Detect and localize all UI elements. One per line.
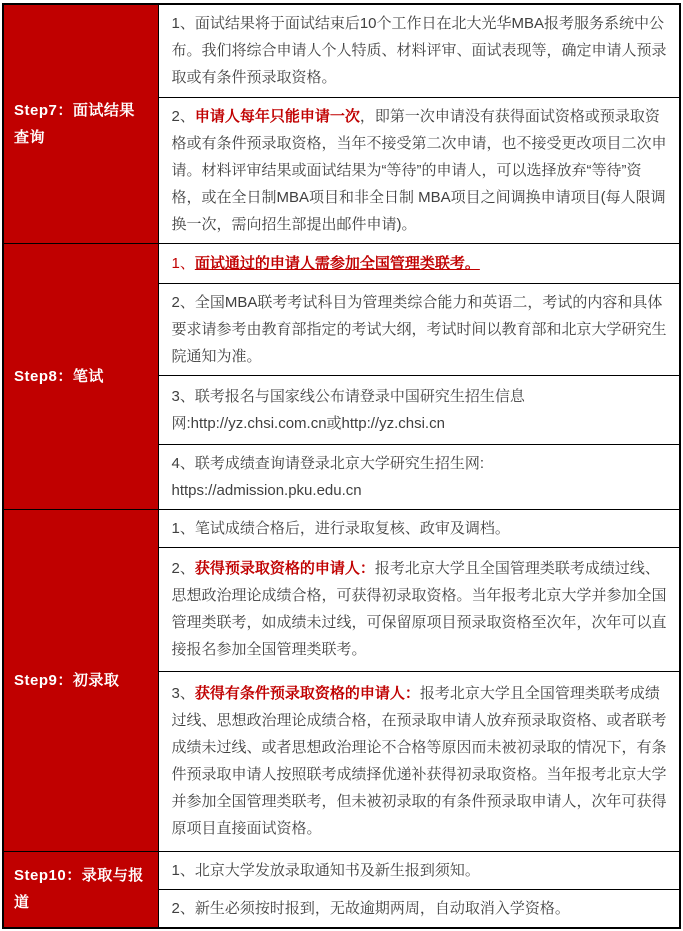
- step10-label-cell: Step10：录取与报道: [3, 851, 158, 928]
- step10-item-1-cell: 1、北京大学发放录取通知书及新生报到须知。: [158, 851, 680, 889]
- step7-item-2-cell: 2、申请人每年只能申请一次，即第一次申请没有获得面试资格或预录取资格或有条件预录…: [158, 97, 680, 243]
- text-segment: 2、: [172, 108, 195, 125]
- table-row: Step7：面试结果查询 1、面试结果将于面试结束后10个工作日在北大光华MBA…: [3, 4, 680, 97]
- item-text: 1、笔试成绩合格后，进行录取复核、政审及调档。: [172, 515, 668, 542]
- text-segment: 2、新生必须按时报到，无故逾期两周，自动取消入学资格。: [172, 900, 570, 917]
- text-segment: 2、全国MBA联考考试科目为管理类综合能力和英语二，考试的内容和具体要求请参考由…: [172, 294, 667, 365]
- item-text: 2、全国MBA联考考试科目为管理类综合能力和英语二，考试的内容和具体要求请参考由…: [172, 289, 668, 370]
- text-segment: 1、: [172, 255, 195, 272]
- table-row: Step9：初录取 1、笔试成绩合格后，进行录取复核、政审及调档。: [3, 509, 680, 547]
- emphasis-text: 获得预录取资格的申请人：: [195, 560, 375, 577]
- text-segment: 2、: [172, 560, 195, 577]
- step-label: Step7：面试结果查询: [14, 97, 150, 151]
- text-segment: 3、: [172, 685, 195, 702]
- step7-label-cell: Step7：面试结果查询: [3, 4, 158, 243]
- emphasis-text: 获得有条件预录取资格的申请人：: [195, 685, 420, 702]
- step-label: Step8：笔试: [14, 363, 150, 390]
- item-text: 1、北京大学发放录取通知书及新生报到须知。: [172, 857, 668, 884]
- step9-label-cell: Step9：初录取: [3, 509, 158, 851]
- step8-item-2-cell: 2、全国MBA联考考试科目为管理类综合能力和英语二，考试的内容和具体要求请参考由…: [158, 283, 680, 375]
- step10-item-2-cell: 2、新生必须按时报到，无故逾期两周，自动取消入学资格。: [158, 889, 680, 928]
- step8-label-cell: Step8：笔试: [3, 243, 158, 509]
- item-text: 1、面试通过的申请人需参加全国管理类联考。: [172, 250, 668, 277]
- text-segment: 1、笔试成绩合格后，进行录取复核、政审及调档。: [172, 520, 510, 537]
- table-row: Step8：笔试 1、面试通过的申请人需参加全国管理类联考。: [3, 243, 680, 283]
- item-text: 2、申请人每年只能申请一次，即第一次申请没有获得面试资格或预录取资格或有条件预录…: [172, 103, 668, 238]
- emphasis-underline-text: 面试通过的申请人需参加全国管理类联考。: [195, 255, 480, 272]
- item-text: 4、联考成绩查询请登录北京大学研究生招生网: https://admission…: [172, 450, 668, 504]
- step8-item-1-cell: 1、面试通过的申请人需参加全国管理类联考。: [158, 243, 680, 283]
- text-segment: ，即第一次申请没有获得面试资格或预录取资格或有条件预录取资格，当年不接受第二次申…: [172, 108, 667, 233]
- text-segment: 3、联考报名与国家线公布请登录中国研究生招生信息网:http://yz.chsi…: [172, 388, 525, 432]
- step9-item-1-cell: 1、笔试成绩合格后，进行录取复核、政审及调档。: [158, 509, 680, 547]
- step9-item-3-cell: 3、获得有条件预录取资格的申请人：报考北京大学且全国管理类联考成绩过线、思想政治…: [158, 671, 680, 851]
- item-text: 1、面试结果将于面试结束后10个工作日在北大光华MBA报考服务系统中公布。我们将…: [172, 10, 668, 91]
- text-segment: 1、面试结果将于面试结束后10个工作日在北大光华MBA报考服务系统中公布。我们将…: [172, 15, 667, 86]
- emphasis-text: 申请人每年只能申请一次: [195, 108, 360, 125]
- step-label: Step9：初录取: [14, 667, 150, 694]
- step-label: Step10：录取与报道: [14, 862, 150, 916]
- page: Step7：面试结果查询 1、面试结果将于面试结束后10个工作日在北大光华MBA…: [0, 0, 683, 931]
- text-segment: 报考北京大学且全国管理类联考成绩过线、思想政治理论成绩合格，在预录取申请人放弃预…: [172, 685, 667, 837]
- item-text: 3、获得有条件预录取资格的申请人：报考北京大学且全国管理类联考成绩过线、思想政治…: [172, 680, 668, 842]
- text-segment: 1、北京大学发放录取通知书及新生报到须知。: [172, 862, 480, 879]
- item-text: 2、获得预录取资格的申请人：报考北京大学且全国管理类联考成绩过线、思想政治理论成…: [172, 555, 668, 663]
- step7-item-1-cell: 1、面试结果将于面试结束后10个工作日在北大光华MBA报考服务系统中公布。我们将…: [158, 4, 680, 97]
- step8-item-4-cell: 4、联考成绩查询请登录北京大学研究生招生网: https://admission…: [158, 444, 680, 509]
- step8-item-3-cell: 3、联考报名与国家线公布请登录中国研究生招生信息网:http://yz.chsi…: [158, 375, 680, 444]
- text-segment: 4、联考成绩查询请登录北京大学研究生招生网: https://admission…: [172, 455, 485, 499]
- step9-item-2-cell: 2、获得预录取资格的申请人：报考北京大学且全国管理类联考成绩过线、思想政治理论成…: [158, 547, 680, 671]
- admission-steps-table: Step7：面试结果查询 1、面试结果将于面试结束后10个工作日在北大光华MBA…: [2, 3, 681, 929]
- item-text: 2、新生必须按时报到，无故逾期两周，自动取消入学资格。: [172, 895, 668, 922]
- item-text: 3、联考报名与国家线公布请登录中国研究生招生信息网:http://yz.chsi…: [172, 383, 668, 437]
- table-row: Step10：录取与报道 1、北京大学发放录取通知书及新生报到须知。: [3, 851, 680, 889]
